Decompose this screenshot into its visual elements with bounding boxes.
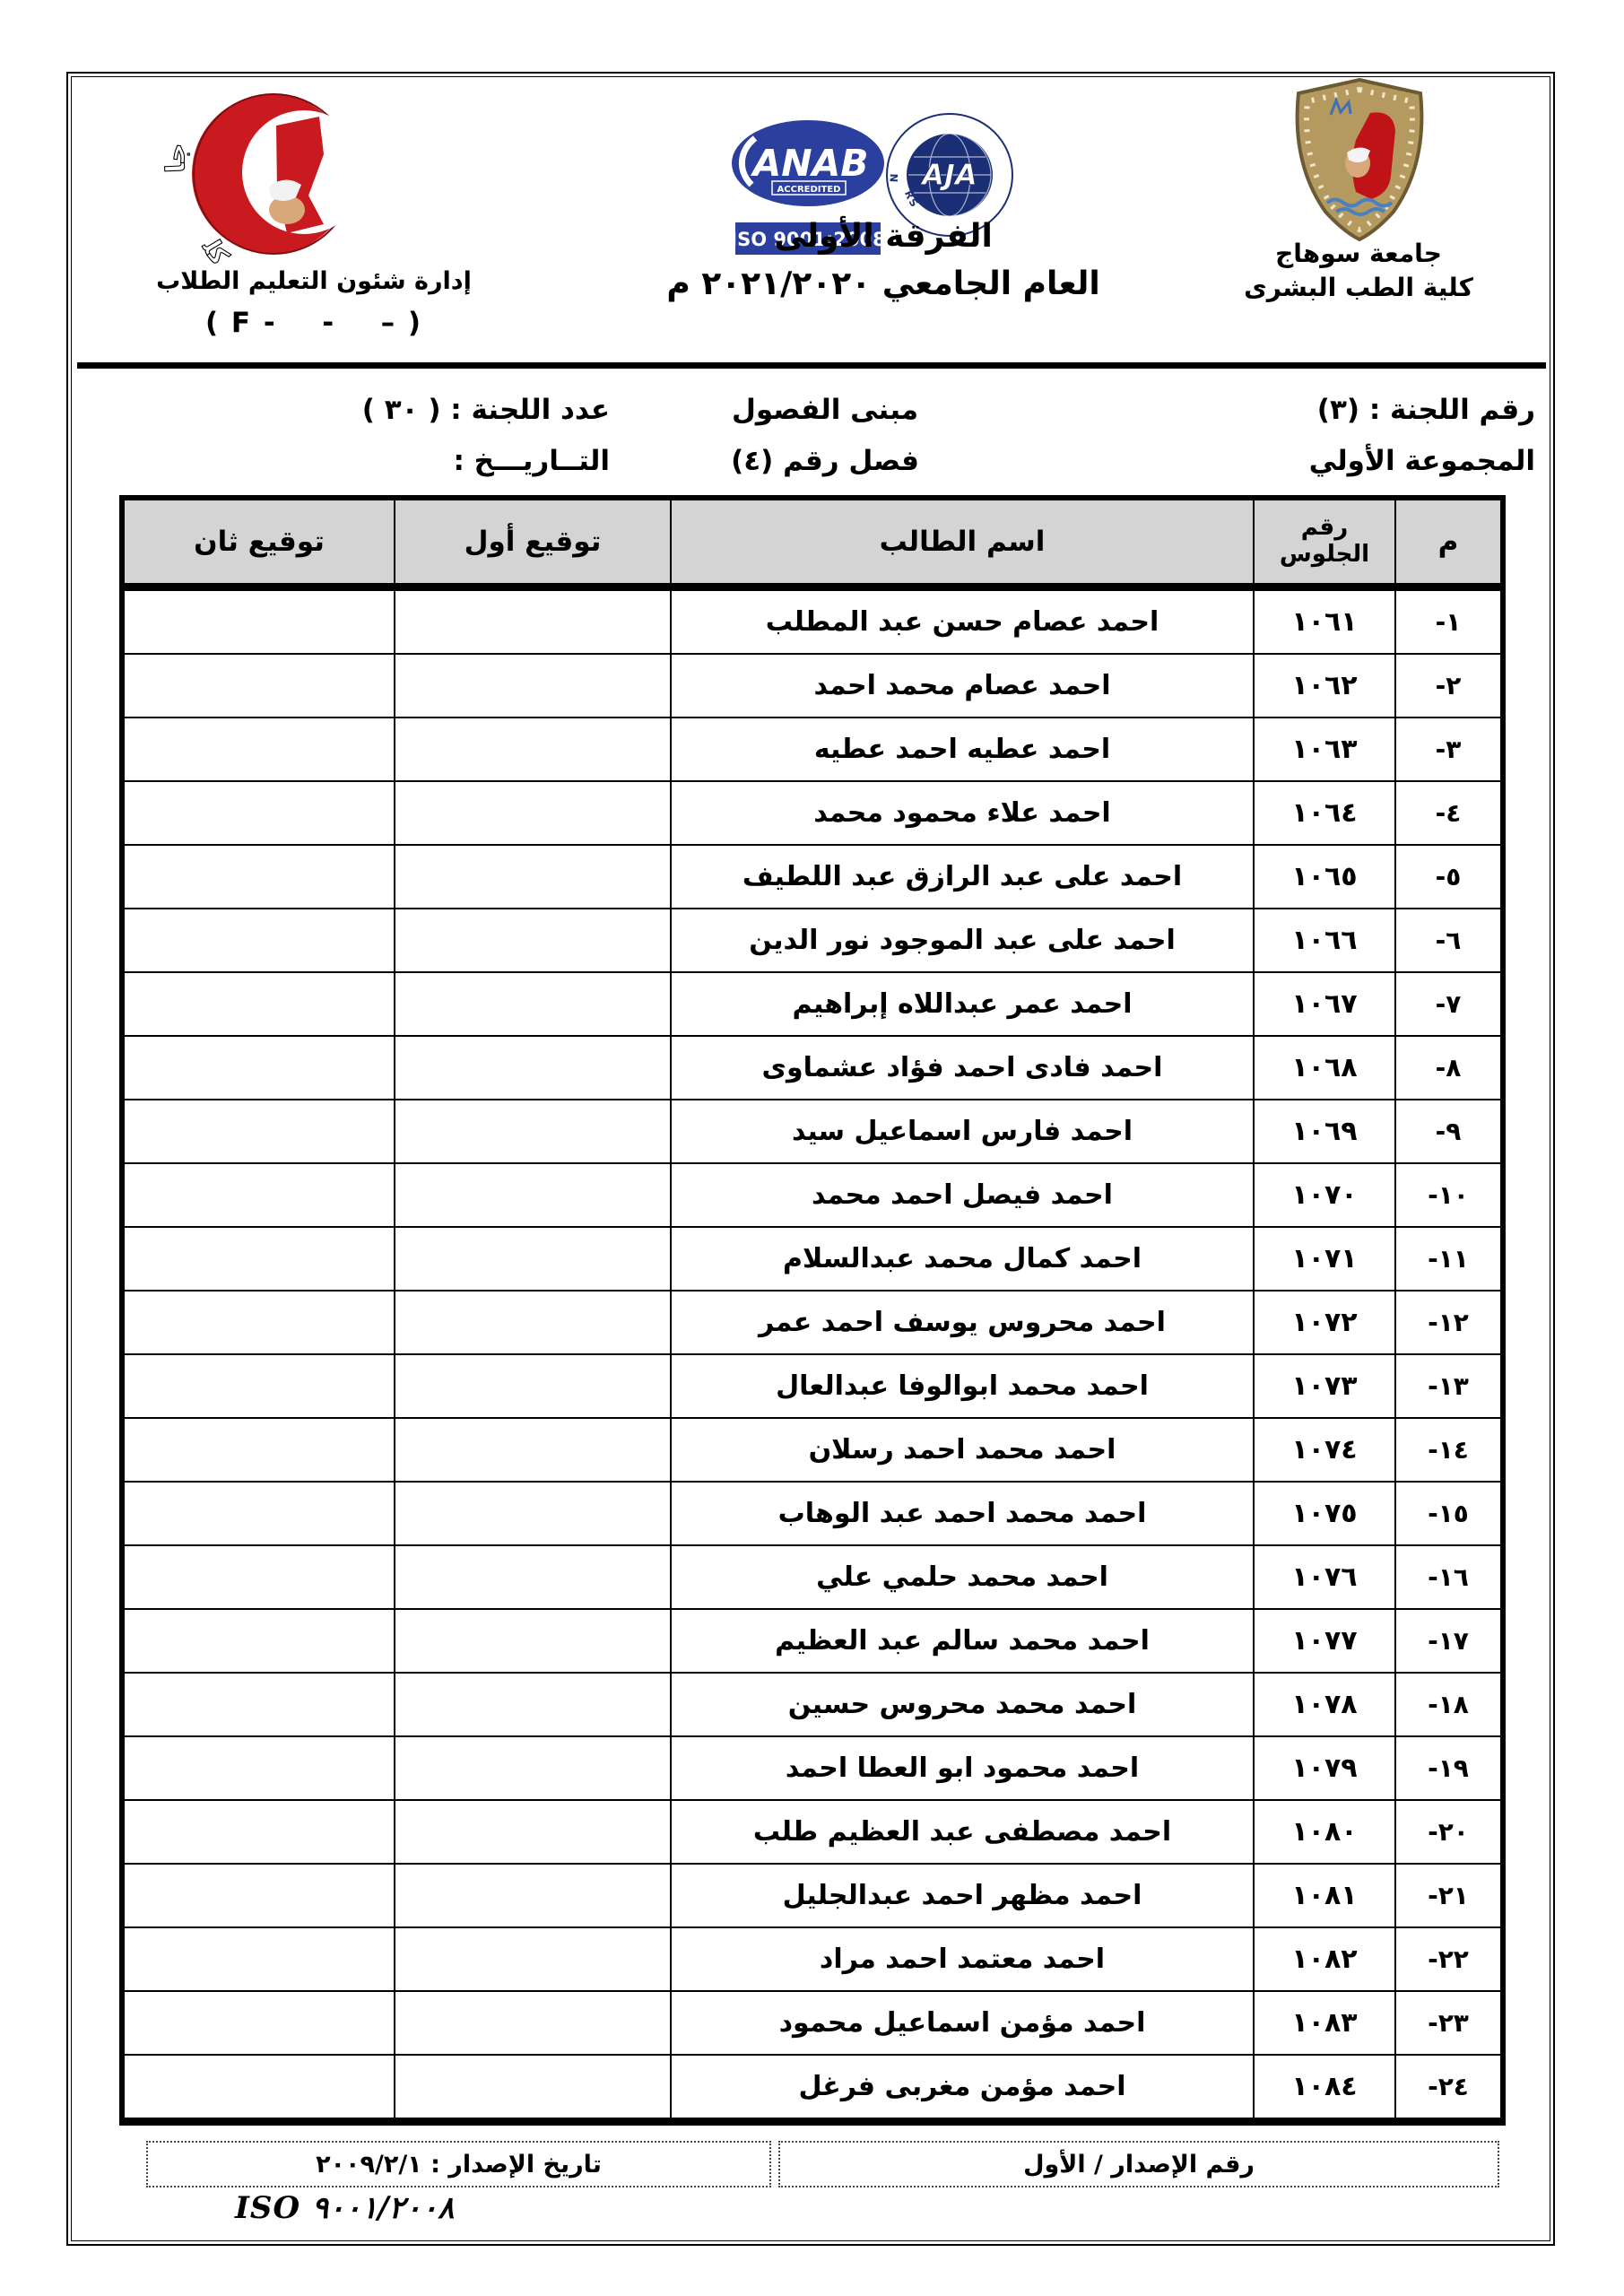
student-row: ١٠-١٠٧٠احمد فيصل احمد محمد [122,1163,1503,1227]
committee-info-right: رقم اللجنة : (٣) المجموعة الأولي [1103,396,1535,475]
iso-standard-text: ISO ٩٠٠١/٢٠٠٨ [235,2190,454,2226]
student-name-cell: احمد محمد ابوالوفا عبدالعال [671,1354,1254,1418]
seat-number-cell: ١٠٧٨ [1254,1673,1395,1736]
first-signature-cell [395,1864,671,1927]
document-page: جامعة سوهاج كلية الطب إدارة شئون التعليم… [0,0,1624,2296]
seat-number-cell: ١٠٧٤ [1254,1418,1395,1482]
col-header-signature2: توقيع ثان [122,498,395,587]
student-row: ٥-١٠٦٥احمد على عبد الرازق عبد اللطيف [122,845,1503,909]
student-name-cell: احمد عصام حسن عبد المطلب [671,587,1254,655]
col-header-signature1: توقيع أول [395,498,671,587]
first-signature-cell [395,1291,671,1354]
index-cell: ٢٢- [1395,1927,1503,1991]
university-shield-logo-icon [1284,75,1435,246]
first-signature-cell [395,972,671,1036]
first-signature-cell [395,845,671,909]
seat-number-cell: ١٠٦٥ [1254,845,1395,909]
seat-number-cell: ١٠٧٢ [1254,1291,1395,1354]
student-row: ٣-١٠٦٣احمد عطيه احمد عطيه [122,717,1503,781]
building-label: مبنى الفصول [682,396,968,424]
index-cell: ٦- [1395,909,1503,972]
second-signature-cell [122,1864,395,1927]
index-cell: ٢- [1395,654,1503,717]
second-signature-cell [122,1545,395,1609]
seat-number-cell: ١٠٧٠ [1254,1163,1395,1227]
seat-number-cell: ١٠٧٧ [1254,1609,1395,1673]
index-cell: ٢١- [1395,1864,1503,1927]
student-name-cell: احمد فارس اسماعيل سيد [671,1100,1254,1163]
seat-number-cell: ١٠٦٧ [1254,972,1395,1036]
seat-number-cell: ١٠٧٥ [1254,1482,1395,1545]
first-signature-cell [395,909,671,972]
student-name-cell: احمد على عبد الموجود نور الدين [671,909,1254,972]
first-signature-cell [395,1227,671,1291]
student-name-cell: احمد عصام محمد احمد [671,654,1254,717]
student-name-cell: احمد محمد محروس حسين [671,1673,1254,1736]
student-name-cell: احمد علاء محمود محمد [671,781,1254,845]
seat-number-cell: ١٠٨٠ [1254,1800,1395,1864]
seat-number-cell: ١٠٦٤ [1254,781,1395,845]
student-row: ٢١-١٠٨١احمد مظهر احمد عبدالجليل [122,1864,1503,1927]
seat-number-cell: ١٠٦٢ [1254,654,1395,717]
first-signature-cell [395,1736,671,1800]
seat-number-cell: ١٠٦١ [1254,587,1395,655]
student-name-cell: احمد فيصل احمد محمد [671,1163,1254,1227]
student-row: ٢٣-١٠٨٣احمد مؤمن اسماعيل محمود [122,1991,1503,2055]
seat-number-cell: ١٠٦٦ [1254,909,1395,972]
first-signature-cell [395,717,671,781]
second-signature-cell [122,2055,395,2122]
attendance-table: م رقم الجلوس اسم الطالب توقيع أول توقيع … [119,495,1506,2126]
index-cell: ١٧- [1395,1609,1503,1673]
student-name-cell: احمد محمد احمد عبد الوهاب [671,1482,1254,1545]
first-signature-cell [395,654,671,717]
committee-info-left: عدد اللجنة : ( ٣٠ ) التــاريـــخ : [323,396,610,475]
seat-number-cell: ١٠٧٦ [1254,1545,1395,1609]
student-name-cell: احمد محمد احمد رسلان [671,1418,1254,1482]
col-header-seat: رقم الجلوس [1254,498,1395,587]
student-name-cell: احمد مصطفى عبد العظيم طلب [671,1800,1254,1864]
issue-number-box: رقم الإصدار / الأول [778,2141,1499,2187]
seat-number-cell: ١٠٧٣ [1254,1354,1395,1418]
student-row: ٢-١٠٦٢احمد عصام محمد احمد [122,654,1503,717]
university-name: جامعة سوهاج [1246,239,1471,268]
date-label: التــاريـــخ : [323,448,610,475]
seat-number-cell: ١٠٦٣ [1254,717,1395,781]
index-cell: ١٣- [1395,1354,1503,1418]
index-cell: ١٥- [1395,1482,1503,1545]
academic-year-title: العام الجامعي ٢٠٢١/٢٠٢٠ م [574,265,1193,302]
index-cell: ١- [1395,587,1503,655]
issue-number-text: رقم الإصدار / الأول [1023,2151,1255,2179]
student-name-cell: احمد مؤمن اسماعيل محمود [671,1991,1254,2055]
seat-number-cell: ١٠٧١ [1254,1227,1395,1291]
student-row: ٢٤-١٠٨٤احمد مؤمن مغربى فرغل [122,2055,1503,2122]
first-signature-cell [395,1418,671,1482]
anab-accredited-text: ACCREDITED [777,185,841,195]
seat-number-cell: ١٠٨١ [1254,1864,1395,1927]
index-cell: ٨- [1395,1036,1503,1100]
index-cell: ٧- [1395,972,1503,1036]
student-row: ١٤-١٠٧٤احمد محمد احمد رسلان [122,1418,1503,1482]
crescent-top-text: جامعة سوهاج [142,79,193,173]
index-cell: ٥- [1395,845,1503,909]
student-row: ٩-١٠٦٩احمد فارس اسماعيل سيد [122,1100,1503,1163]
second-signature-cell [122,972,395,1036]
second-signature-cell [122,909,395,972]
first-signature-cell [395,1991,671,2055]
index-cell: ٢٣- [1395,1991,1503,2055]
committee-number: رقم اللجنة : (٣) [1103,396,1535,424]
issue-date-text: تاريخ الإصدار : ٢٠٠٩/٢/١ [316,2151,602,2179]
index-cell: ٢٠- [1395,1800,1503,1864]
second-signature-cell [122,1354,395,1418]
seat-number-cell: ١٠٦٩ [1254,1100,1395,1163]
table-header-row: م رقم الجلوس اسم الطالب توقيع أول توقيع … [122,498,1503,587]
student-row: ٤-١٠٦٤احمد علاء محمود محمد [122,781,1503,845]
second-signature-cell [122,845,395,909]
seat-number-cell: ١٠٧٩ [1254,1736,1395,1800]
index-cell: ١٨- [1395,1673,1503,1736]
student-row: ٢٢-١٠٨٢احمد معتمد احمد مراد [122,1927,1503,1991]
first-signature-cell [395,1036,671,1100]
first-signature-cell [395,1482,671,1545]
student-name-cell: احمد محروس يوسف احمد عمر [671,1291,1254,1354]
first-signature-cell [395,1673,671,1736]
second-signature-cell [122,1291,395,1354]
svg-text:جامعة سوهاج: جامعة سوهاج [142,79,193,173]
second-signature-cell [122,1736,395,1800]
student-name-cell: احمد عمر عبداللاه إبراهيم [671,972,1254,1036]
student-name-cell: احمد محمد حلمي علي [671,1545,1254,1609]
student-row: ١٨-١٠٧٨احمد محمد محروس حسين [122,1673,1503,1736]
second-signature-cell [122,1163,395,1227]
second-signature-cell [122,1418,395,1482]
seat-number-cell: ١٠٨٤ [1254,2055,1395,2122]
col-header-name: اسم الطالب [671,498,1254,587]
header-divider-rule [77,362,1546,369]
index-cell: ٣- [1395,717,1503,781]
first-signature-cell [395,1609,671,1673]
index-cell: ٤- [1395,781,1503,845]
second-signature-cell [122,1991,395,2055]
first-signature-cell [395,1163,671,1227]
index-cell: ١٤- [1395,1418,1503,1482]
group-label: المجموعة الأولي [1103,448,1535,475]
first-signature-cell [395,1927,671,1991]
index-cell: ١١- [1395,1227,1503,1291]
first-signature-cell [395,1354,671,1418]
aja-wordmark: AJA [919,158,977,192]
student-row: ١١-١٠٧١احمد كمال محمد عبدالسلام [122,1227,1503,1291]
room-label: فصل رقم (٤) [682,448,968,475]
first-signature-cell [395,587,671,655]
form-code: ( F - - – ) [143,307,484,339]
student-name-cell: احمد على عبد الرازق عبد اللطيف [671,845,1254,909]
seat-number-cell: ١٠٨٢ [1254,1927,1395,1991]
index-cell: ١٩- [1395,1736,1503,1800]
index-cell: ١٠- [1395,1163,1503,1227]
second-signature-cell [122,1482,395,1545]
student-row: ١٦-١٠٧٦احمد محمد حلمي علي [122,1545,1503,1609]
student-row: ١٩-١٠٧٩احمد محمود ابو العطا احمد [122,1736,1503,1800]
student-row: ١٥-١٠٧٥احمد محمد احمد عبد الوهاب [122,1482,1503,1545]
col-header-index: م [1395,498,1503,587]
student-row: ٧-١٠٦٧احمد عمر عبداللاه إبراهيم [122,972,1503,1036]
issue-date-box: تاريخ الإصدار : ٢٠٠٩/٢/١ [146,2141,771,2187]
student-name-cell: احمد محمود ابو العطا احمد [671,1736,1254,1800]
student-row: ١٧-١٠٧٧احمد محمد سالم عبد العظيم [122,1609,1503,1673]
second-signature-cell [122,1609,395,1673]
index-cell: ٢٤- [1395,2055,1503,2122]
second-signature-cell [122,1227,395,1291]
grade-title: الفرقة الأولى [592,218,1175,255]
first-signature-cell [395,1800,671,1864]
index-cell: ١٦- [1395,1545,1503,1609]
faculty-name: كلية الطب البشرى [1220,273,1498,302]
second-signature-cell [122,1927,395,1991]
committee-info-center: مبنى الفصول فصل رقم (٤) [682,396,968,475]
index-cell: ٩- [1395,1100,1503,1163]
student-name-cell: احمد محمد سالم عبد العظيم [671,1609,1254,1673]
first-signature-cell [395,781,671,845]
student-name-cell: احمد معتمد احمد مراد [671,1927,1254,1991]
student-row: ٢٠-١٠٨٠احمد مصطفى عبد العظيم طلب [122,1800,1503,1864]
seat-number-cell: ١٠٦٨ [1254,1036,1395,1100]
second-signature-cell [122,1100,395,1163]
second-signature-cell [122,1036,395,1100]
second-signature-cell [122,1673,395,1736]
faculty-crescent-logo-icon: جامعة سوهاج كلية الطب [142,79,411,269]
first-signature-cell [395,2055,671,2122]
student-row: ٦-١٠٦٦احمد على عبد الموجود نور الدين [122,909,1503,972]
anab-wordmark: ANAB [750,142,868,185]
student-row: ٨-١٠٦٨احمد فادى احمد فؤاد عشماوى [122,1036,1503,1100]
second-signature-cell [122,781,395,845]
student-name-cell: احمد فادى احمد فؤاد عشماوى [671,1036,1254,1100]
student-row: ١-١٠٦١احمد عصام حسن عبد المطلب [122,587,1503,655]
student-row: ١٢-١٠٧٢احمد محروس يوسف احمد عمر [122,1291,1503,1354]
student-name-cell: احمد مؤمن مغربى فرغل [671,2055,1254,2122]
first-signature-cell [395,1545,671,1609]
student-row: ١٣-١٠٧٣احمد محمد ابوالوفا عبدالعال [122,1354,1503,1418]
second-signature-cell [122,654,395,717]
second-signature-cell [122,1800,395,1864]
student-name-cell: احمد كمال محمد عبدالسلام [671,1227,1254,1291]
second-signature-cell [122,717,395,781]
first-signature-cell [395,1100,671,1163]
department-title: إدارة شئون التعليم الطلاب [143,267,484,295]
second-signature-cell [122,587,395,655]
student-name-cell: احمد عطيه احمد عطيه [671,717,1254,781]
student-name-cell: احمد مظهر احمد عبدالجليل [671,1864,1254,1927]
committee-count: عدد اللجنة : ( ٣٠ ) [323,396,610,424]
seat-number-cell: ١٠٨٣ [1254,1991,1395,2055]
index-cell: ١٢- [1395,1291,1503,1354]
